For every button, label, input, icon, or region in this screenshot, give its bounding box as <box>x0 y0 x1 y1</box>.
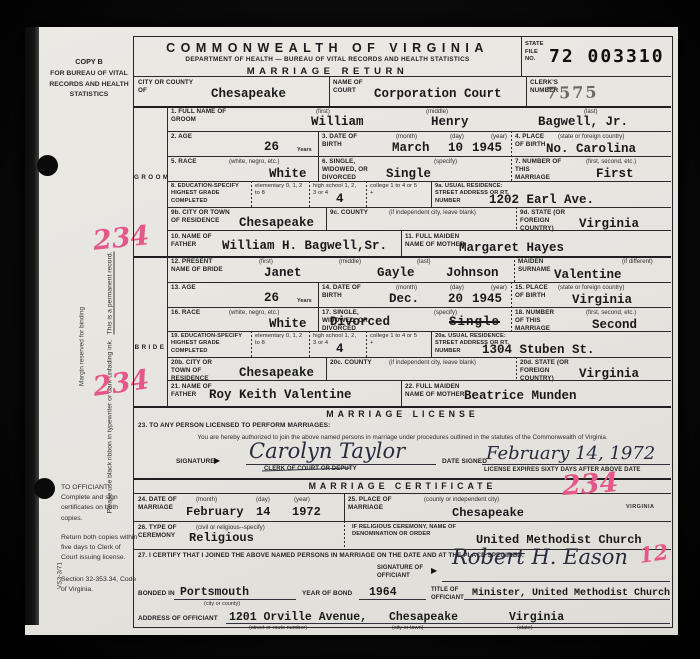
bride-side-label: BRIDE <box>134 344 167 351</box>
bride-dob-day: 20 <box>448 292 463 306</box>
street-hint: (street or route number) <box>249 625 307 631</box>
bride-race-label: 16. RACE <box>171 309 200 317</box>
groom-residence-state-label: 9d. STATE (OR FOREIGN COUNTRY) <box>520 209 578 234</box>
groom-father-label: 10. NAME OF FATHER <box>171 233 213 249</box>
punch-hole-top <box>37 155 58 176</box>
day-hint: (day) <box>450 284 464 291</box>
officiant-signature-label: SIGNATURE OF OFFICIANT <box>377 565 429 581</box>
copy-label: COPY B <box>48 57 130 66</box>
month-hint: (month) <box>396 133 417 140</box>
groom-dob-year: 1945 <box>472 141 502 155</box>
pink-page-number-certificate: 234 <box>561 467 619 502</box>
ordinal-hint: (first, second, etc.) <box>586 309 636 316</box>
groom-county-label: 9c. COUNTY <box>330 209 368 217</box>
groom-residence-street-value: 1202 Earl Ave. <box>489 193 594 207</box>
groom-residence-city-value: Chesapeake <box>239 216 314 230</box>
year-hint: (year) <box>491 284 507 291</box>
officiant-note-1: Complete and sign certificates on both c… <box>61 493 139 524</box>
elementary-label: elementary 0, 1, 2 to 8 <box>255 183 303 198</box>
copy-for-text: FOR BUREAU OF VITAL RECORDS AND HEALTH S… <box>48 69 130 101</box>
officiant-instructions: TO OFFICIANT: Complete and sign certific… <box>61 483 139 563</box>
punch-hole-bottom <box>34 478 55 499</box>
bride-mother-label: 22. FULL MAIDEN NAME OF MOTHER <box>405 383 469 399</box>
groom-side-label: GROOM <box>134 174 167 181</box>
bride-dob-label: 14. DATE OF BIRTH <box>322 284 368 300</box>
groom-pob-value: No. Carolina <box>546 142 636 156</box>
place-hint: (county or independent city) <box>424 496 499 503</box>
bride-marital-struck: Single <box>449 315 500 329</box>
signature-arrow-icon: ▶ <box>214 456 220 465</box>
groom-education-label: 8. EDUCATION-SPECIFY HIGHEST GRADE COMPL… <box>171 183 247 205</box>
license-section-title: MARRIAGE LICENSE <box>134 409 671 419</box>
state-hint: (state) <box>517 625 533 631</box>
groom-marriage-number-label: 7. NUMBER OF THIS MARRIAGE <box>515 158 563 183</box>
year-hint: (year) <box>491 133 507 140</box>
college-label: college 1 to 4 or 5 + <box>370 183 420 198</box>
clerk-number-stamp: 7575 <box>546 83 599 103</box>
bride-first-name: Janet <box>264 266 302 280</box>
groom-dob-label: 3. DATE OF BIRTH <box>322 133 368 149</box>
bride-marital-typed: Divorced <box>330 315 390 329</box>
form-number: VS3-3/71 <box>57 553 64 599</box>
court-value: Corporation Court <box>374 87 502 101</box>
officiant-note-2: Return both copies within five days to C… <box>61 533 139 564</box>
groom-residence-state-value: Virginia <box>579 217 639 231</box>
years-unit: Years <box>297 147 312 153</box>
month-hint: (month) <box>196 496 217 503</box>
city-county-value: Chesapeake <box>211 87 286 101</box>
state-file-number: 72 003310 <box>549 46 665 67</box>
marriage-day: 14 <box>256 505 270 519</box>
bride-residence-street-value: 1304 Stuben St. <box>482 343 595 357</box>
groom-dob-day: 10 <box>448 141 463 155</box>
bride-pob-label: 15. PLACE OF BIRTH <box>515 284 553 300</box>
binding-strip <box>25 27 39 625</box>
groom-name-label: 1. FULL NAME OF GROOM <box>171 108 233 124</box>
year-hint: (year) <box>294 496 310 503</box>
day-hint: (day) <box>450 133 464 140</box>
race-hint: (white, negro, etc.) <box>229 309 279 316</box>
commonwealth-title: COMMONWEALTH OF VIRGINIA <box>134 41 521 55</box>
signature-label: SIGNATURE <box>176 458 215 466</box>
code-citation: Section 32-353.34, Code of Virginia. <box>61 575 139 595</box>
bride-residence-city-value: Chesapeake <box>239 366 314 380</box>
department-subtitle: DEPARTMENT OF HEALTH — BUREAU OF VITAL R… <box>134 56 521 63</box>
bride-residence-city-label: 20b. CITY OR TOWN OF RESIDENCE <box>171 359 231 384</box>
court-label: NAME OF COURT <box>333 79 373 95</box>
photo-background: COPY B FOR BUREAU OF VITAL RECORDS AND H… <box>0 0 700 659</box>
county-hint: (if independent city, leave blank) <box>389 209 476 216</box>
marriage-date-label: 24. DATE OF MARRIAGE <box>138 496 186 512</box>
marriage-place-label: 25. PLACE OF MARRIAGE <box>348 496 394 512</box>
marriage-month: February <box>186 505 244 519</box>
ordinal-hint: (first, second, etc.) <box>586 158 636 165</box>
bride-dob-year: 1945 <box>472 292 502 306</box>
middle-hint: (middle) <box>339 258 361 265</box>
bonded-in-hint: (city or county) <box>204 601 240 607</box>
bride-marriage-number-label: 18. NUMBER OF THIS MARRIAGE <box>515 309 563 334</box>
bride-residence-state-value: Virginia <box>579 367 639 381</box>
margin-binding-note: Margin reserved for binding <box>79 277 86 417</box>
last-hint: (last) <box>584 108 598 115</box>
denomination-label: IF RELIGIOUS CEREMONY, NAME OF DENOMINAT… <box>352 524 460 539</box>
bride-race-value: White <box>269 317 307 331</box>
groom-father-value: William H. Bagwell,Sr. <box>222 239 387 253</box>
bride-high-school-value: 4 <box>336 342 344 356</box>
groom-first-name: William <box>311 115 364 129</box>
if-different-hint: (if different) <box>622 258 653 265</box>
month-hint: (month) <box>396 284 417 291</box>
county-hint: (if independent city, leave blank) <box>389 359 476 366</box>
marriage-place-value: Chesapeake <box>452 506 524 520</box>
officiant-title-value: Minister, United Methodist Church <box>472 588 670 599</box>
specify-hint: (specify) <box>434 158 457 165</box>
groom-age-value: 26 <box>264 140 279 154</box>
bride-father-value: Roy Keith Valentine <box>209 388 352 402</box>
bride-county-label: 20c. COUNTY <box>330 359 372 367</box>
clerk-signature: Carolyn Taylor <box>249 439 405 463</box>
officiant-address-label: ADDRESS OF OFFICIANT <box>138 615 218 623</box>
marriage-return-form: COMMONWEALTH OF VIRGINIA DEPARTMENT OF H… <box>133 36 673 628</box>
bride-dob-month: Dec. <box>389 292 419 306</box>
bride-age-label: 13. AGE <box>171 284 196 292</box>
bride-mother-value: Beatrice Munden <box>464 389 577 403</box>
pob-hint: (state or foreign country) <box>558 133 624 140</box>
groom-age-label: 2. AGE <box>171 133 192 141</box>
groom-race-value: White <box>269 167 307 181</box>
bride-marriage-number-value: Second <box>592 318 637 332</box>
year-of-bond-value: 1964 <box>369 586 397 599</box>
ceremony-type-value: Religious <box>189 531 254 545</box>
years-unit: Years <box>297 298 312 304</box>
pob-hint: (state or foreign country) <box>558 284 624 291</box>
groom-marriage-number-value: First <box>596 167 634 181</box>
bride-residence-state-label: 20d. STATE (OR FOREIGN COUNTRY) <box>520 359 578 384</box>
state-file-label: STATE FILE NO. <box>525 41 549 64</box>
ceremony-hint: (civil or religious--specify) <box>196 524 265 531</box>
groom-dob-month: March <box>392 141 430 155</box>
officiant-signature-arrow-icon: ▶ <box>431 566 437 575</box>
year-of-bond-label: YEAR OF BOND <box>302 590 352 598</box>
virginia-stamp: VIRGINIA <box>626 504 654 510</box>
day-hint: (day) <box>256 496 270 503</box>
groom-residence-city-label: 9b. CITY OR TOWN OF RESIDENCE <box>171 209 231 225</box>
marriage-return-document: COPY B FOR BUREAU OF VITAL RECORDS AND H… <box>25 27 678 635</box>
officiant-heading: TO OFFICIANT: <box>61 483 139 493</box>
pink-officiant-number: 12 <box>637 539 669 568</box>
marriage-year: 1972 <box>292 505 321 519</box>
elementary-label: elementary 0, 1, 2 to 8 <box>255 333 303 348</box>
permanent-record-note: This is a permanent record. <box>107 252 115 335</box>
officiant-title-label: TITLE OF OFFICIANT <box>431 587 469 603</box>
middle-hint: (middle) <box>426 108 448 115</box>
date-signed-value: February 14, 1972 <box>486 443 655 464</box>
license-addressee: 23. TO ANY PERSON LICENSED TO PERFORM MA… <box>138 422 330 430</box>
bride-age-value: 26 <box>264 291 279 305</box>
bride-education-label: 19. EDUCATION-SPECIFY HIGHEST GRADE COMP… <box>171 333 247 355</box>
groom-marital-label: 6. SINGLE, WIDOWED, OR DIVORCED <box>322 158 382 183</box>
groom-high-school-value: 4 <box>336 192 344 206</box>
city-hint: (city or town) <box>392 625 423 631</box>
bonded-in-value: Portsmouth <box>180 586 249 599</box>
date-signed-label: DATE SIGNED <box>442 458 487 466</box>
form-name: MARRIAGE RETURN <box>134 66 521 77</box>
last-hint: (last) <box>417 258 431 265</box>
bride-last-name: Johnson <box>446 266 499 280</box>
groom-marital-value: Single <box>386 167 431 181</box>
bonded-in-label: BONDED IN <box>138 590 175 598</box>
city-county-label: CITY OR COUNTY OF <box>138 79 198 95</box>
groom-middle-name: Henry <box>431 115 469 129</box>
officiant-signature: Robert H. Eason <box>452 545 628 569</box>
first-hint: (first) <box>259 258 273 265</box>
college-label: college 1 to 4 or 5 + <box>370 333 420 348</box>
bride-father-label: 21. NAME OF FATHER <box>171 383 213 399</box>
bride-name-label: 12. PRESENT NAME OF BRIDE <box>171 258 229 274</box>
first-hint: (first) <box>316 108 330 115</box>
bride-pob-value: Virginia <box>572 293 632 307</box>
ceremony-type-label: 26. TYPE OF CEREMONY <box>138 524 182 540</box>
copy-designation: COPY B FOR BUREAU OF VITAL RECORDS AND H… <box>48 57 130 101</box>
maiden-surname-value: Valentine <box>554 268 622 282</box>
groom-last-name: Bagwell, Jr. <box>538 115 628 129</box>
groom-race-label: 5. RACE <box>171 158 197 166</box>
race-hint: (white, negro, etc.) <box>229 158 279 165</box>
bride-middle-name: Gayle <box>377 266 415 280</box>
groom-mother-value: Margaret Hayes <box>459 241 564 255</box>
